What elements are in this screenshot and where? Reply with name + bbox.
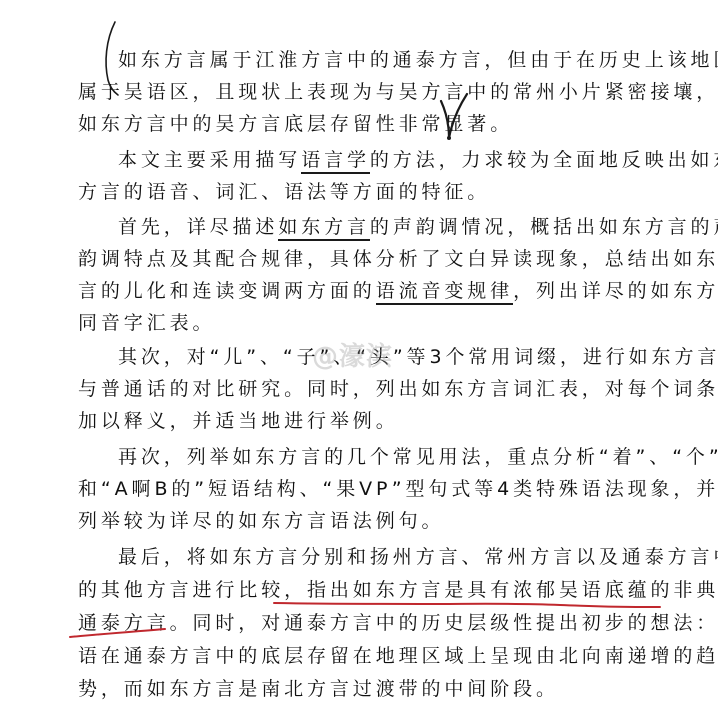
paragraph-1-line-1: 如东方言属于江淮方言中的通泰方言，但由于在历史上该地区 bbox=[118, 45, 662, 75]
paragraph-6-line-1: 最后，将如东方言分别和扬州方言、常州方言以及通泰方言中 bbox=[118, 542, 662, 572]
text-segment: ，列出详尽的如东方言 bbox=[513, 280, 718, 302]
paragraph-3-line-1: 首先，详尽描述如东方言的声韵调情况，概括出如东方言的声 bbox=[118, 212, 662, 242]
paragraph-5-line-1: 再次，列举如东方言的几个常见用法，重点分析“着”、“个” bbox=[118, 442, 662, 472]
paragraph-6-line-2: 的其他方言进行比较，指出如东方言是具有浓郁吴语底蕴的非典型 bbox=[78, 575, 662, 605]
underlined-phrase: 语言学 bbox=[301, 149, 370, 174]
underlined-phrase: 语流音变规律 bbox=[376, 280, 513, 305]
text-segment: 的方法，力求较为全面地反映出如东 bbox=[370, 149, 718, 171]
paragraph-4-line-2: 与普通话的对比研究。同时，列出如东方言词汇表，对每个词条都 bbox=[78, 374, 662, 404]
text-segment: 本文主要采用描写 bbox=[118, 149, 301, 171]
paragraph-1-line-2: 属于吴语区，且现状上表现为与吴方言中的常州小片紧密接壤，所以 bbox=[78, 77, 662, 107]
paragraph-4-line-1: 其次，对“儿”、“子”、“头”等3个常用词缀，进行如东方言 bbox=[118, 342, 662, 372]
paragraph-4-line-3: 加以释义，并适当地进行举例。 bbox=[78, 406, 662, 436]
paragraph-3-line-2: 韵调特点及其配合规律，具体分析了文白异读现象，总结出如东方 bbox=[78, 244, 662, 274]
paragraph-1-line-3: 如东方言中的吴方言底层存留性非常显著。 bbox=[78, 109, 662, 139]
text-segment: 首先，详尽描述 bbox=[118, 216, 278, 238]
text-segment: 言的儿化和连读变调两方面的 bbox=[78, 280, 376, 302]
scanned-document-page: 如东方言属于江淮方言中的通泰方言，但由于在历史上该地区 属于吴语区，且现状上表现… bbox=[0, 0, 718, 716]
paragraph-6-line-5: 势，而如东方言是南北方言过渡带的中间阶段。 bbox=[78, 674, 662, 704]
paragraph-2-line-2: 方言的语音、词汇、语法等方面的特征。 bbox=[78, 177, 662, 207]
text-segment: 的声韵调情况，概括出如东方言的声 bbox=[370, 216, 718, 238]
paragraph-5-line-3: 列举较为详尽的如东方言语法例句。 bbox=[78, 506, 662, 536]
paragraph-6-line-3: 通泰方言。同时，对通泰方言中的历史层级性提出初步的想法：吴 bbox=[78, 608, 662, 638]
paragraph-3-line-4: 同音字汇表。 bbox=[78, 308, 662, 338]
underlined-phrase: 如东方言 bbox=[278, 216, 370, 241]
paragraph-5-line-2: 和“A啊B的”短语结构、“果VP”型句式等4类特殊语法现象，并 bbox=[78, 474, 662, 504]
paragraph-6-line-4: 语在通泰方言中的底层存留在地理区域上呈现由北向南递增的趋 bbox=[78, 641, 662, 671]
paragraph-3-line-3: 言的儿化和连读变调两方面的语流音变规律，列出详尽的如东方言 bbox=[78, 276, 662, 306]
paragraph-2-line-1: 本文主要采用描写语言学的方法，力求较为全面地反映出如东 bbox=[118, 145, 662, 175]
